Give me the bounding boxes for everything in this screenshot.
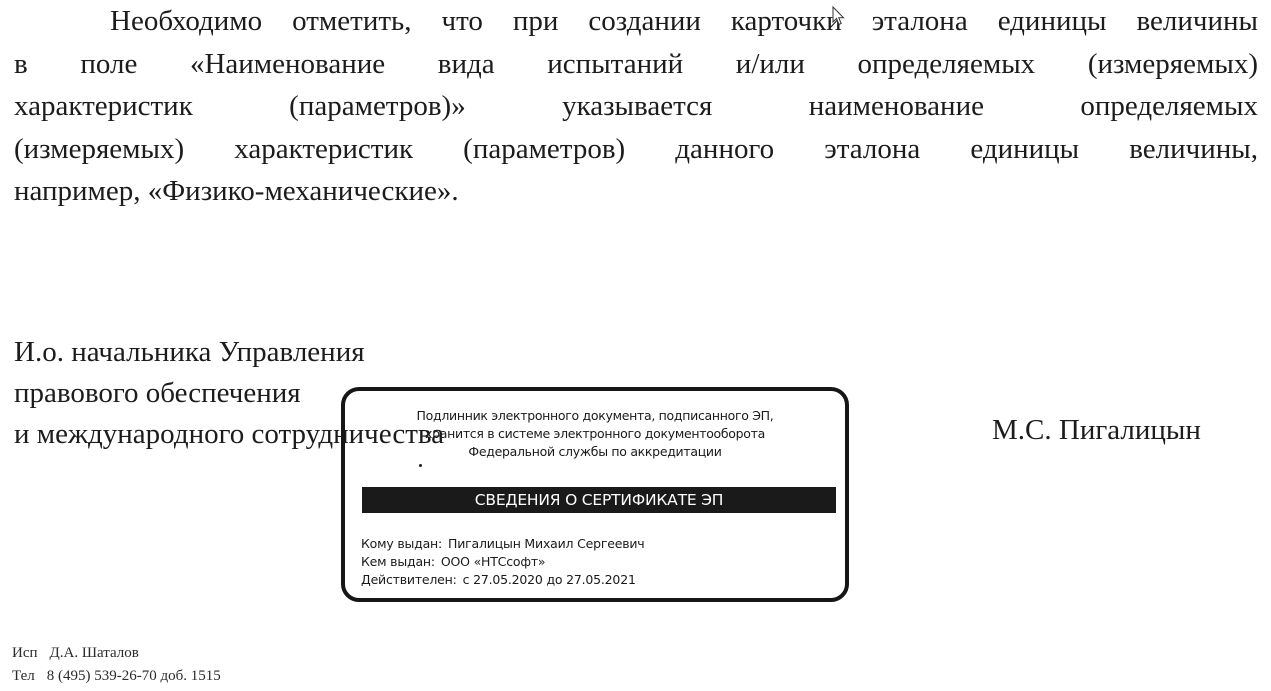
certificate-info: Кому выдан:Пигалицын Михаил Сергеевич Ке… [361, 535, 644, 589]
validity-value: с 27.05.2020 до 27.05.2021 [463, 572, 636, 587]
executor-name: Д.А. Шаталов [50, 645, 139, 661]
executor-label: Исп [12, 645, 38, 661]
paragraph-line: например, «Физико-механические». [14, 170, 1258, 213]
phone-label: Тел [12, 668, 35, 684]
issued-to-row: Кому выдан:Пигалицын Михаил Сергеевич [361, 535, 644, 553]
scan-speck [419, 464, 422, 467]
executor-footer: ИспД.А. Шаталов Тел8 (495) 539-26-70 доб… [12, 642, 221, 688]
e-signature-stamp: Подлинник электронного документа, подпис… [341, 387, 849, 602]
issued-by-row: Кем выдан:ООО «НТСсофт» [361, 553, 644, 571]
body-paragraph: Необходимо отметить, что при создании ка… [14, 0, 1258, 213]
validity-label: Действителен: [361, 571, 457, 589]
mouse-pointer-icon [832, 6, 846, 26]
paragraph-line: характеристик (параметров)» указывается … [14, 85, 1258, 128]
phone-row: Тел8 (495) 539-26-70 доб. 1515 [12, 665, 221, 688]
paragraph-line: в поле «Наименование вида испытаний и/ил… [14, 43, 1258, 86]
paragraph-line: Необходимо отметить, что при создании ка… [14, 0, 1258, 43]
stamp-header-line: хранится в системе электронного документ… [345, 425, 845, 443]
issued-by-value: ООО «НТСсофт» [441, 554, 545, 569]
stamp-header-line: Подлинник электронного документа, подпис… [345, 407, 845, 425]
issued-to-label: Кому выдан: [361, 535, 442, 553]
phone-value: 8 (495) 539-26-70 доб. 1515 [47, 668, 221, 684]
stamp-header: Подлинник электронного документа, подпис… [345, 407, 845, 461]
stamp-header-line: Федеральной службы по аккредитации [345, 443, 845, 461]
executor-row: ИспД.А. Шаталов [12, 642, 221, 665]
paragraph-line: (измеряемых) характеристик (параметров) … [14, 128, 1258, 171]
issued-by-label: Кем выдан: [361, 553, 435, 571]
validity-row: Действителен:с 27.05.2020 до 27.05.2021 [361, 571, 644, 589]
stamp-title: СВЕДЕНИЯ О СЕРТИФИКАТЕ ЭП [362, 487, 836, 513]
position-line: И.о. начальника Управления [14, 332, 444, 373]
signer-name: М.С. Пигалицын [992, 414, 1201, 447]
issued-to-value: Пигалицын Михаил Сергеевич [448, 536, 644, 551]
